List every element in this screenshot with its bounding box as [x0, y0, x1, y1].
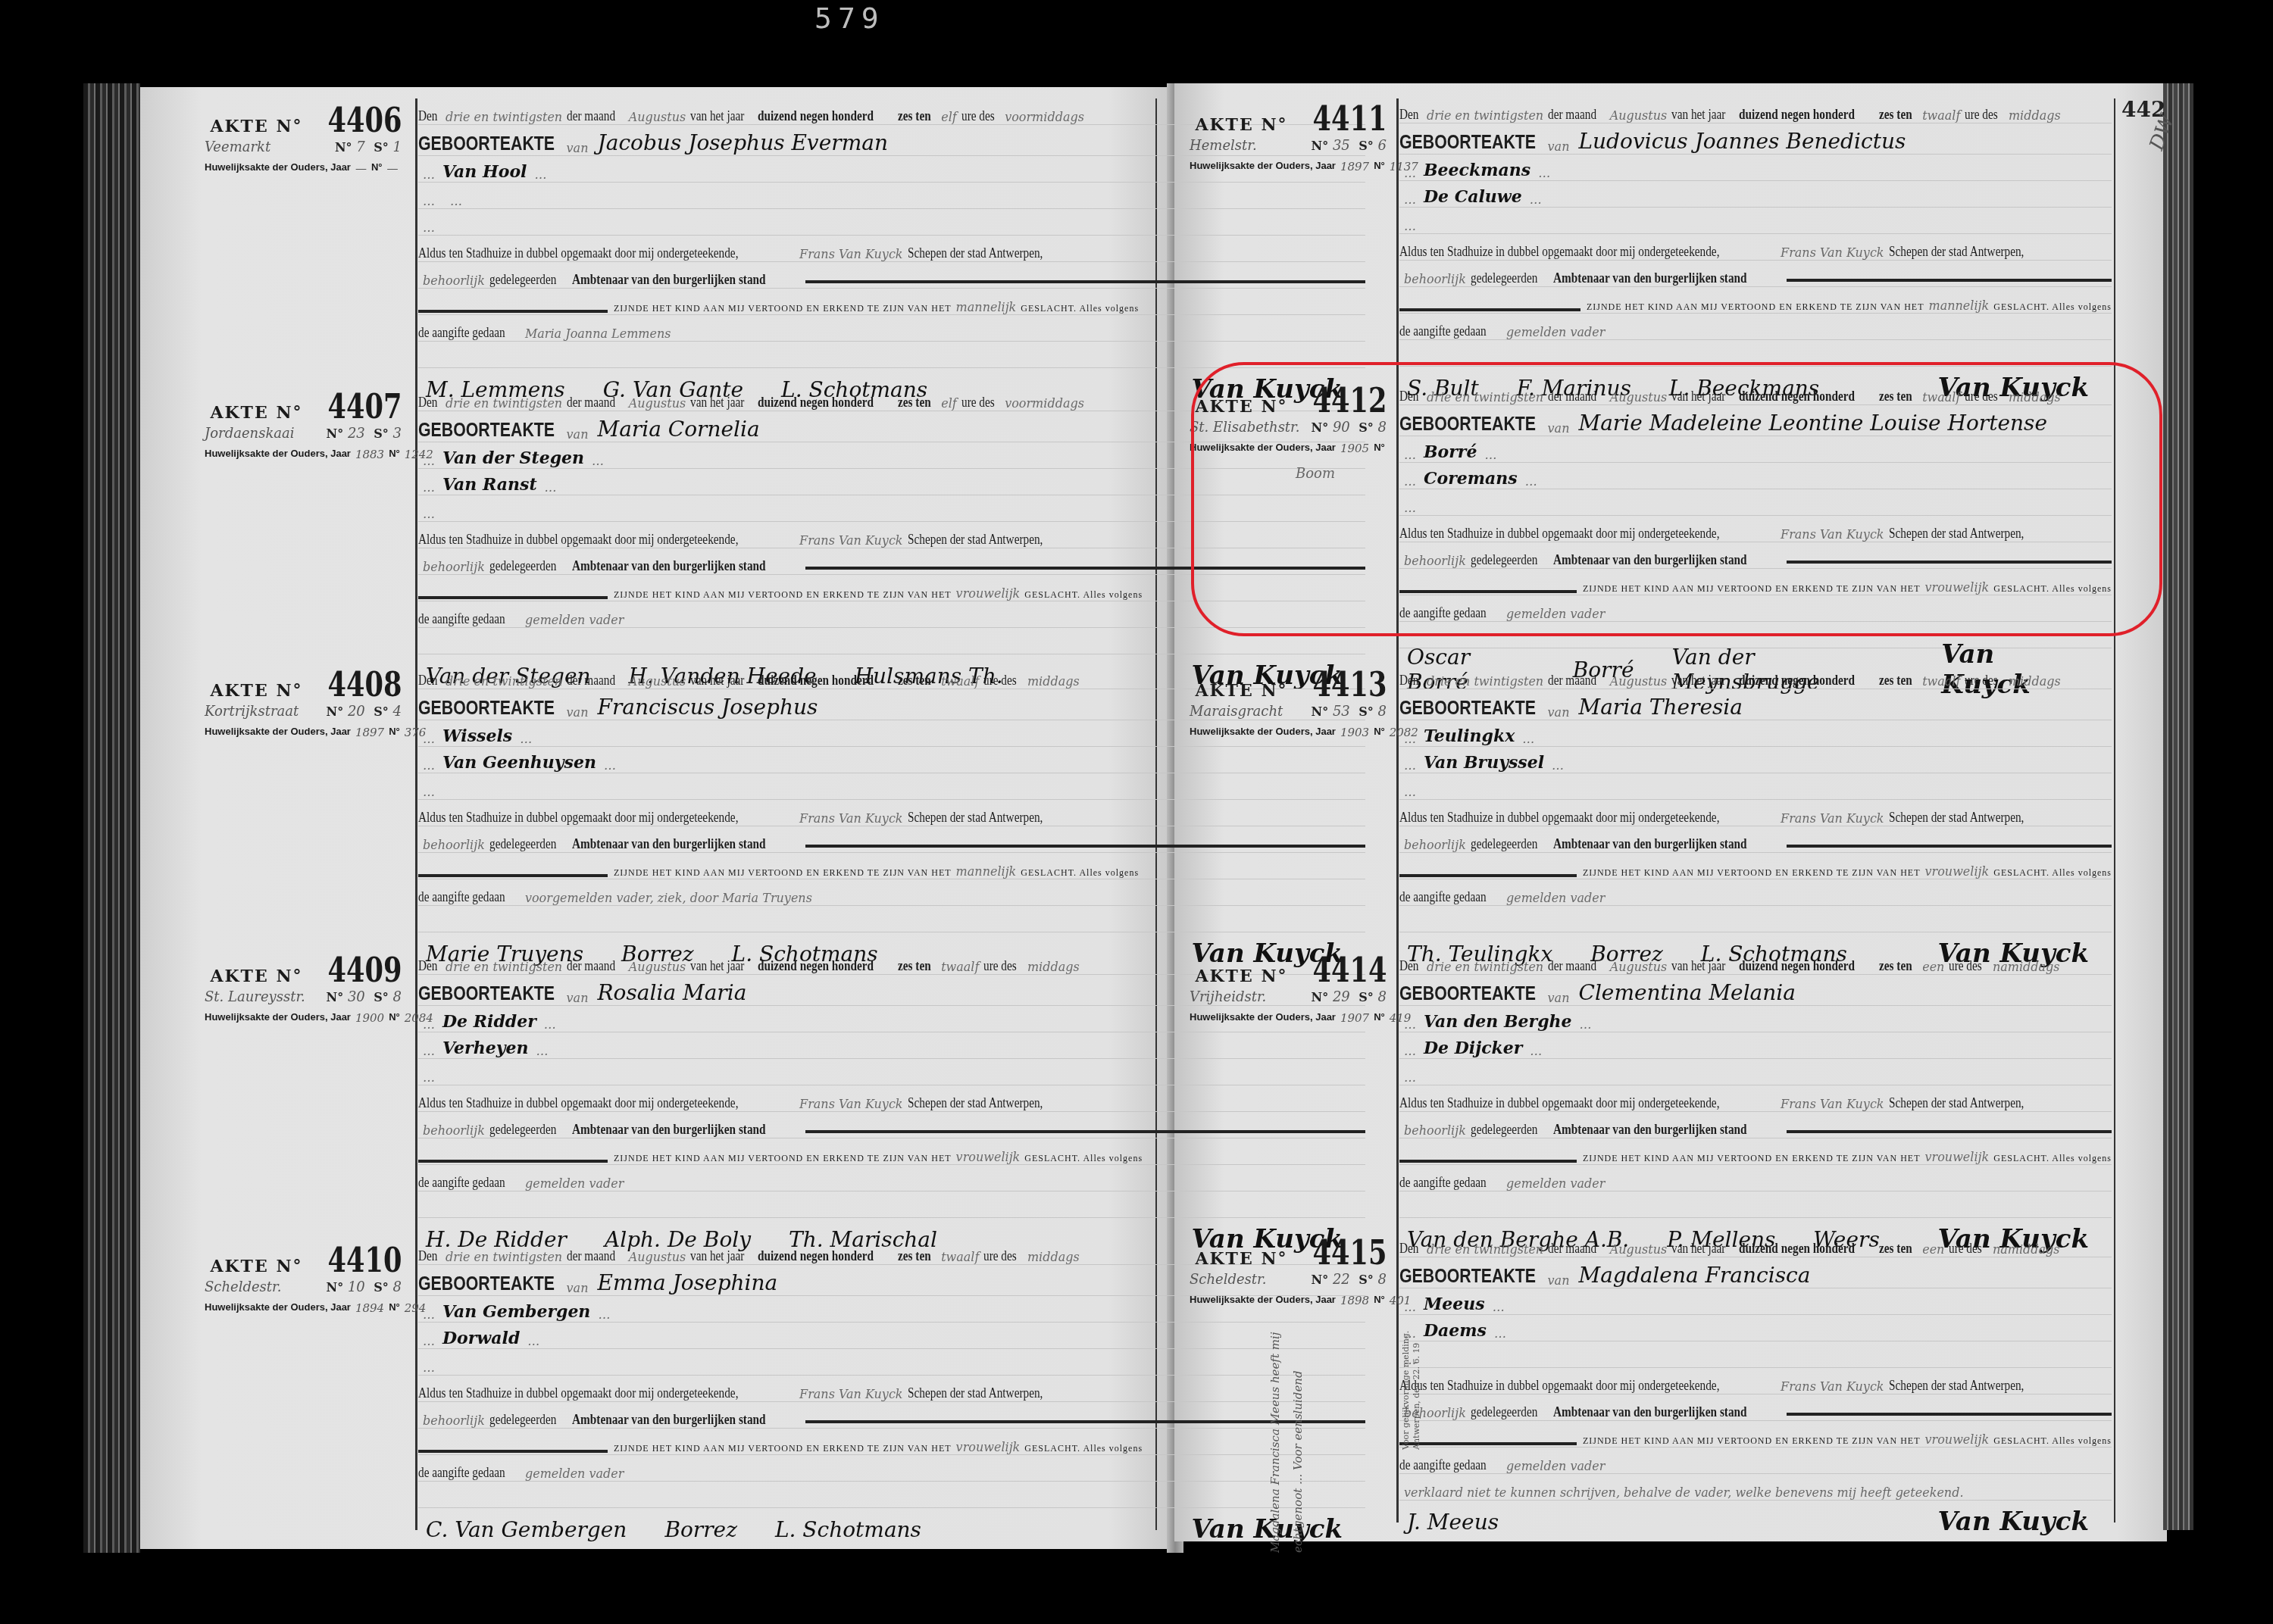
declarant: gemelden vader — [1506, 607, 1605, 621]
address-line: Hemelstr. N° 35 S° 6 — [1190, 138, 1387, 154]
day: drie en twintigsten — [446, 1250, 562, 1264]
akte-header: AKTE N° 4406 Veemarkt N° 7 S° 1 Huwelijk… — [205, 106, 402, 186]
mother-line: …Van Bruyssel… — [1399, 747, 2112, 773]
akte-header: AKTE N° 4414 Vrijheidstr. N° 29 S° 8 Huw… — [1190, 956, 1387, 1035]
child-line: GEBOORTEAKTE van Maria Theresia — [1399, 689, 2112, 720]
declaration-continued — [418, 628, 1365, 654]
vertical-note-stamp: Voor gelijkvormige melding. Antwerpen, d… — [1401, 1298, 1422, 1450]
date-line: Den drie en twintigsten der maand August… — [1399, 1231, 2112, 1257]
gender-line: ZIJNDE HET KIND AAN MIJ VERTOOND EN ERKE… — [418, 853, 1365, 879]
marriage-reference: Huwelijksakte der Ouders, Jaar 1907 N° 4… — [1190, 1011, 1387, 1025]
schepen-name: Frans Van Kuyck — [1781, 527, 1884, 542]
mother-line: …Coremans… — [1399, 463, 2112, 489]
hour: elf — [941, 396, 957, 411]
address-line: Kortrijkstraat N° 20 S° 4 — [205, 704, 402, 720]
address-line: Maraisgracht N° 53 S° 8 — [1190, 704, 1387, 720]
margin-note: Boom — [1190, 466, 1387, 482]
gender-line: ZIJNDE HET KIND AAN MIJ VERTOOND EN ERKE… — [418, 575, 1365, 601]
vertical-note-text: Magdalena Francisca Meeus heeft mij echt… — [1264, 1265, 1309, 1553]
house-number: 29 — [1333, 989, 1350, 1005]
record-body: Den drie en twintigsten der maand August… — [1399, 379, 2112, 691]
father-surname: De Ridder — [442, 1012, 536, 1032]
declaration-line: de aangifte gedaan gemelden vader — [418, 1165, 1365, 1191]
declaration-line: de aangifte gedaan gemelden vader — [1399, 879, 2112, 906]
gender: mannelijk — [1929, 298, 1990, 313]
marriage-reference: Huwelijksakte der Ouders, Jaar 1883 N° 1… — [205, 448, 402, 461]
column-rule-right — [1396, 98, 1399, 1522]
section: 8 — [1378, 420, 1387, 436]
gender: vrouwelijk — [1925, 580, 1990, 595]
child-name: Maria Theresia — [1578, 695, 1743, 720]
month: Augustus — [629, 396, 686, 411]
house-number: 23 — [348, 426, 365, 442]
witness-line: … — [1399, 773, 2112, 800]
hour: twaalf — [941, 1250, 979, 1264]
house-number: 7 — [356, 139, 364, 155]
official-signature: Van Kuyck — [1938, 1507, 2089, 1537]
akte-header: AKTE N° 4409 St. Laureysstr. N° 30 S° 8 … — [205, 956, 402, 1035]
house-number: 20 — [348, 704, 365, 720]
father-surname: Van den Berghe — [1424, 1012, 1572, 1032]
akte-label: AKTE N° — [210, 967, 302, 986]
gender: vrouwelijk — [956, 586, 1021, 601]
akte-number: 4411 — [1312, 105, 1387, 135]
daypart: namiddags — [1993, 1242, 2060, 1257]
address-line: St. Laureysstr. N° 30 S° 8 — [205, 989, 402, 1005]
akte-label: AKTE N° — [210, 681, 302, 701]
marriage-reference: Huwelijksakte der Ouders, Jaar 1894 N° 2… — [205, 1301, 402, 1315]
gender-line: ZIJNDE HET KIND AAN MIJ VERTOOND EN ERKE… — [1399, 287, 2112, 314]
gender-line: ZIJNDE HET KIND AAN MIJ VERTOOND EN ERKE… — [418, 289, 1365, 315]
daypart: middags — [1027, 960, 1080, 974]
mother-surname: Coremans — [1424, 469, 1518, 489]
address: Scheldestr. — [205, 1279, 281, 1295]
declaration-line: de aangifte gedaan gemelden vader — [1399, 595, 2112, 622]
gender: vrouwelijk — [1925, 1432, 1990, 1447]
akte-number: 4408 — [327, 670, 402, 701]
declaration-line: de aangifte gedaan gemelden vader — [418, 601, 1365, 628]
witness-line: … — [418, 1059, 1365, 1085]
ambtenaar-line: behoorlijk gedelegeerden Ambtenaar van d… — [1399, 1394, 2112, 1421]
declarant: gemelden vader — [1506, 1176, 1605, 1191]
declaration-continued: verklaard niet te kunnen schrijven, beha… — [1399, 1474, 2112, 1501]
house-number: 30 — [348, 989, 365, 1005]
gender: vrouwelijk — [1925, 1150, 1990, 1164]
marginal-vertical-note: Magdalena Francisca Meeus heeft mij echt… — [1203, 1257, 1393, 1545]
declaration-continued — [1399, 340, 2112, 367]
month: Augustus — [629, 110, 686, 124]
hour: twaalf — [941, 960, 979, 974]
record-body: Den drie en twintigsten der maand August… — [1399, 948, 2112, 1260]
marriage-year: 1907 — [1340, 1011, 1369, 1025]
mother-line: …Verheyen… — [418, 1032, 1365, 1059]
aldus-line: Aldus ten Stadhuize in dubbel opgemaakt … — [418, 236, 1365, 262]
daypart: middags — [2009, 108, 2061, 123]
hour: twaalf — [941, 674, 979, 689]
ambtenaar-line: behoorlijk gedelegeerden Ambtenaar van d… — [1399, 261, 2112, 287]
mother-surname: Van Geenhuysen — [442, 753, 596, 773]
day: drie en twintigsten — [446, 110, 562, 124]
father-surname: Meeus — [1424, 1295, 1485, 1314]
section: 8 — [393, 1279, 402, 1295]
father-surname: Wissels — [442, 726, 512, 746]
day: drie en twintigsten — [1427, 390, 1543, 404]
signature: L. Schotmans — [775, 1517, 921, 1542]
geboorteakte-label: GEBOORTEAKTE — [1399, 696, 1536, 720]
hour: een — [1922, 1242, 1944, 1257]
section: 1 — [393, 139, 402, 155]
address-line: Jordaenskaai N° 23 S° 3 — [205, 426, 402, 442]
gender-line: ZIJNDE HET KIND AAN MIJ VERTOOND EN ERKE… — [418, 1138, 1365, 1165]
marriage-year: 1883 — [355, 448, 384, 461]
witness-line: … — [418, 209, 1365, 236]
address-line: Scheldestr. N° 10 S° 8 — [205, 1279, 402, 1295]
date-line: Den drie en twintigsten der maand August… — [1399, 97, 2112, 123]
address: Kortrijkstraat — [205, 704, 299, 720]
child-name: Rosalia Maria — [597, 980, 746, 1005]
aldus-line: Aldus ten Stadhuize in dubbel opgemaakt … — [1399, 800, 2112, 826]
aldus-line: Aldus ten Stadhuize in dubbel opgemaakt … — [418, 1085, 1365, 1112]
witness-line: … — [1399, 208, 2112, 234]
day: drie en twintigsten — [1427, 1242, 1543, 1257]
gender: mannelijk — [956, 300, 1017, 314]
section: 8 — [393, 989, 402, 1005]
declaration-continued — [1399, 906, 2112, 932]
mother-line: …… — [418, 183, 1365, 209]
aldus-line: Aldus ten Stadhuize in dubbel opgemaakt … — [418, 800, 1365, 826]
mother-surname: Daems — [1424, 1321, 1487, 1341]
mother-line: …De Dijcker… — [1399, 1032, 2112, 1059]
marriage-year: 1894 — [355, 1301, 384, 1315]
hour: twaalf — [1922, 108, 1960, 123]
schepen-name: Frans Van Kuyck — [1781, 245, 1884, 260]
father-surname: Teulingkx — [1424, 726, 1515, 746]
address-line: St. Elisabethstr. N° 90 S° 8 — [1190, 420, 1387, 436]
marriage-reference: Huwelijksakte der Ouders, Jaar 1905 N° — [1190, 442, 1387, 455]
marriage-year: 1903 — [1340, 726, 1369, 739]
witness-line: … — [1399, 1059, 2112, 1085]
akte-header: AKTE N° 4408 Kortrijkstraat N° 20 S° 4 H… — [205, 670, 402, 750]
akte-number: 4410 — [327, 1246, 402, 1276]
day: drie en twintigsten — [446, 960, 562, 974]
declaration-line: de aangifte gedaan gemelden vader — [1399, 1448, 2112, 1474]
mother-surname: De Dijcker — [1424, 1038, 1522, 1058]
address-line: Vrijheidstr. N° 29 S° 8 — [1190, 989, 1387, 1005]
akte-number: 4409 — [327, 956, 402, 986]
child-line: GEBOORTEAKTE van Marie Madeleine Leontin… — [1399, 405, 2112, 436]
father-line: …Van den Berghe… — [1399, 1006, 2112, 1032]
akte-number: 4414 — [1312, 956, 1387, 986]
schepen-name: Frans Van Kuyck — [799, 1097, 903, 1111]
marriage-reference: Huwelijksakte der Ouders, Jaar 1900 N° 2… — [205, 1011, 402, 1025]
section: 4 — [393, 704, 402, 720]
declarant: gemelden vader — [525, 1466, 624, 1481]
gender: vrouwelijk — [1925, 864, 1990, 879]
declaration-continued — [1399, 1191, 2112, 1218]
akte-header: AKTE N° 4410 Scheldestr. N° 10 S° 8 Huwe… — [205, 1246, 402, 1326]
day: drie en twintigsten — [1427, 960, 1543, 974]
father-line: …Beeckmans… — [1399, 155, 2112, 181]
mother-surname: Verheyen — [442, 1038, 528, 1058]
father-surname: Beeckmans — [1424, 161, 1530, 180]
marriage-number: — — [387, 161, 399, 175]
house-number: 53 — [1333, 704, 1350, 720]
marriage-year: 1897 — [355, 726, 384, 739]
day: drie en twintigsten — [446, 674, 562, 689]
daypart: middags — [2009, 390, 2061, 404]
declaration-line: de aangifte gedaan Maria Joanna Lemmens — [418, 315, 1365, 342]
gender: vrouwelijk — [956, 1150, 1021, 1164]
child-name: Franciscus Josephus — [597, 695, 818, 720]
marriage-reference: Huwelijksakte der Ouders, Jaar 1903 N° 2… — [1190, 726, 1387, 739]
declarant: gemelden vader — [1506, 891, 1605, 905]
akte-label: AKTE N° — [1195, 967, 1287, 986]
hour: een — [1922, 960, 1944, 974]
date-line: Den drie en twintigsten der maand August… — [1399, 948, 2112, 975]
aldus-line: Aldus ten Stadhuize in dubbel opgemaakt … — [1399, 234, 2112, 261]
akte-number: 4412 — [1312, 386, 1387, 417]
house-number: 90 — [1333, 420, 1350, 436]
akte-label: AKTE N° — [1195, 681, 1287, 701]
child-name: Emma Josephina — [597, 1270, 777, 1295]
child-line: GEBOORTEAKTE van Magdalena Francisca — [1399, 1257, 2112, 1288]
akte-label: AKTE N° — [210, 117, 302, 136]
hour: twaalf — [1922, 390, 1960, 404]
schepen-name: Frans Van Kuyck — [799, 247, 903, 261]
daypart: middags — [1027, 674, 1080, 689]
section: 6 — [1378, 138, 1387, 154]
date-line: Den drie en twintigsten der maand August… — [1399, 379, 2112, 405]
akte-label: AKTE N° — [210, 403, 302, 423]
geboorteakte-label: GEBOORTEAKTE — [418, 696, 555, 720]
date-line: Den drie en twintigsten der maand August… — [1399, 663, 2112, 689]
declarant: gemelden vader — [1506, 1459, 1605, 1473]
akte-header: AKTE N° 4411 Hemelstr. N° 35 S° 6 Huweli… — [1190, 105, 1387, 184]
father-surname: Van der Stegen — [442, 448, 584, 468]
akte-header: AKTE N° 4413 Maraisgracht N° 53 S° 8 Huw… — [1190, 670, 1387, 750]
marriage-year: 1897 — [1340, 160, 1369, 173]
ambtenaar-line: behoorlijk gedelegeerden Ambtenaar van d… — [418, 262, 1365, 289]
declarant: Maria Joanna Lemmens — [525, 326, 671, 341]
child-name: Jacobus Josephus Everman — [597, 130, 887, 155]
akte-number: 4406 — [327, 106, 402, 136]
house-number: 10 — [348, 1279, 365, 1295]
record-body: Den drie en twintigsten der maand August… — [1399, 97, 2112, 409]
child-line: GEBOORTEAKTE van Ludovicus Joannes Bened… — [1399, 123, 2112, 155]
declaration-line: de aangifte gedaan voorgemelden vader, z… — [418, 879, 1365, 906]
akte-label: AKTE N° — [1195, 115, 1287, 135]
marriage-reference: Huwelijksakte der Ouders, Jaar — N° — — [205, 161, 402, 175]
daypart: voormiddags — [1005, 110, 1084, 124]
declaration-continued — [418, 342, 1365, 368]
father-line: …Borré… — [1399, 436, 2112, 463]
gender-line: ZIJNDE HET KIND AAN MIJ VERTOOND EN ERKE… — [1399, 1421, 2112, 1448]
child-name: Marie Madeleine Leontine Louise Hortense — [1578, 411, 2047, 436]
address: Hemelstr. — [1190, 138, 1257, 154]
address-line: Veemarkt N° 7 S° 1 — [205, 139, 402, 155]
month: Augustus — [1610, 108, 1668, 123]
daypart: middags — [2009, 674, 2061, 689]
declaration-continued — [418, 1191, 1365, 1218]
declarant: voorgemelden vader, ziek, door Maria Tru… — [525, 891, 812, 905]
record-body: Den drie en twintigsten der maand August… — [1399, 663, 2112, 975]
book-page-edges-right — [2163, 83, 2193, 1530]
day: drie en twintigsten — [1427, 108, 1543, 123]
ambtenaar-line: behoorlijk gedelegeerden Ambtenaar van d… — [418, 548, 1365, 575]
signature: C. Van Gembergen — [426, 1517, 627, 1542]
mother-surname: De Caluwe — [1424, 187, 1522, 207]
geboorteakte-label: GEBOORTEAKTE — [1399, 982, 1536, 1005]
father-surname: Van Gembergen — [442, 1302, 590, 1322]
aldus-line: Aldus ten Stadhuize in dubbel opgemaakt … — [418, 522, 1365, 548]
mother-surname: Dorwald — [442, 1329, 520, 1348]
signature: Borrez — [664, 1517, 737, 1542]
ambtenaar-line: behoorlijk gedelegeerden Ambtenaar van d… — [1399, 1112, 2112, 1138]
mother-line: …De Caluwe… — [1399, 181, 2112, 208]
month: Augustus — [1610, 390, 1668, 404]
frame-counter: 579 — [814, 2, 885, 35]
declaration-line: de aangifte gedaan gemelden vader — [1399, 314, 2112, 340]
aldus-line: Aldus ten Stadhuize in dubbel opgemaakt … — [1399, 516, 2112, 542]
mother-line: …Van Geenhuysen… — [418, 747, 1365, 773]
month: Augustus — [629, 1250, 686, 1264]
gender: mannelijk — [956, 864, 1017, 879]
geboorteakte-label: GEBOORTEAKTE — [418, 418, 555, 442]
section: 8 — [1378, 989, 1387, 1005]
declaration-continued — [418, 906, 1365, 932]
month: Augustus — [629, 674, 686, 689]
schepen-name: Frans Van Kuyck — [1781, 1379, 1884, 1394]
child-name: Maria Cornelia — [597, 417, 759, 442]
declarant: gemelden vader — [1506, 325, 1605, 339]
witness-line: … — [1399, 1341, 2112, 1368]
section: 3 — [393, 426, 402, 442]
geboorteakte-label: GEBOORTEAKTE — [1399, 1264, 1536, 1288]
marriage-year: 1905 — [1340, 442, 1369, 455]
gender-line: ZIJNDE HET KIND AAN MIJ VERTOOND EN ERKE… — [1399, 853, 2112, 879]
father-line: …Teulingkx… — [1399, 720, 2112, 747]
geboorteakte-label: GEBOORTEAKTE — [418, 1272, 555, 1295]
gender-line: ZIJNDE HET KIND AAN MIJ VERTOOND EN ERKE… — [1399, 569, 2112, 595]
hour: twaalf — [1922, 674, 1960, 689]
month: Augustus — [1610, 1242, 1668, 1257]
witness-line: … — [418, 773, 1365, 800]
record-body: Den drie en twintigsten der maand August… — [1399, 1231, 2112, 1543]
schepen-name: Frans Van Kuyck — [1781, 811, 1884, 826]
signature-row: J. Meeus Van Kuyck — [1399, 1501, 2112, 1543]
mother-line: …Daems… — [1399, 1315, 2112, 1341]
schepen-name: Frans Van Kuyck — [799, 1387, 903, 1401]
marriage-year: 1900 — [355, 1011, 384, 1025]
akte-number: 4407 — [327, 392, 402, 423]
ambtenaar-line: behoorlijk gedelegeerden Ambtenaar van d… — [1399, 826, 2112, 853]
mother-surname: Van Bruyssel — [1424, 753, 1544, 773]
ambtenaar-line: behoorlijk gedelegeerden Ambtenaar van d… — [418, 826, 1365, 853]
father-line: …Meeus… — [1399, 1288, 2112, 1315]
address: Jordaenskaai — [205, 426, 295, 442]
page-border-right — [2114, 98, 2115, 1522]
address: St. Elisabethstr. — [1190, 420, 1299, 436]
address: Maraisgracht — [1190, 704, 1283, 720]
signature: J. Meeus — [1407, 1510, 1499, 1535]
child-name: Magdalena Francisca — [1578, 1263, 1810, 1288]
month: Augustus — [1610, 960, 1668, 974]
gender: vrouwelijk — [956, 1440, 1021, 1454]
aldus-line: Aldus ten Stadhuize in dubbel opgemaakt … — [1399, 1085, 2112, 1112]
akte-number: 4413 — [1312, 670, 1387, 701]
child-line: GEBOORTEAKTE van Clementina Melania — [1399, 975, 2112, 1006]
daypart: middags — [1027, 1250, 1080, 1264]
column-rule-left — [415, 98, 417, 1530]
section: 8 — [1378, 704, 1387, 720]
hour: elf — [941, 110, 957, 124]
daypart: voormiddags — [1005, 396, 1084, 411]
schepen-name: Frans Van Kuyck — [799, 811, 903, 826]
schepen-name: Frans Van Kuyck — [1781, 1097, 1884, 1111]
ambtenaar-line: behoorlijk gedelegeerden Ambtenaar van d… — [418, 1112, 1365, 1138]
geboorteakte-label: GEBOORTEAKTE — [418, 132, 555, 155]
aldus-line: Aldus ten Stadhuize in dubbel opgemaakt … — [1399, 1368, 2112, 1394]
akte-header: AKTE N° 4407 Jordaenskaai N° 23 S° 3 Huw… — [205, 392, 402, 472]
akte-header: AKTE N° 4412 St. Elisabethstr. N° 90 S° … — [1190, 386, 1387, 482]
day: drie en twintigsten — [446, 396, 562, 411]
marriage-reference: Huwelijksakte der Ouders, Jaar 1897 N° 1… — [1190, 160, 1387, 173]
witness-line: … — [418, 495, 1365, 522]
gender-line: ZIJNDE HET KIND AAN MIJ VERTOOND EN ERKE… — [1399, 1138, 2112, 1165]
declarant: gemelden vader — [525, 1176, 624, 1191]
schepen-name: Frans Van Kuyck — [799, 533, 903, 548]
child-name: Ludovicus Joannes Benedictus — [1578, 129, 1906, 154]
address: Veemarkt — [205, 139, 270, 155]
witness-line: … — [1399, 489, 2112, 516]
house-number: 35 — [1333, 138, 1350, 154]
day: drie en twintigsten — [1427, 674, 1543, 689]
month: Augustus — [629, 960, 686, 974]
akte-label: AKTE N° — [1195, 397, 1287, 417]
declaration-line: de aangifte gedaan gemelden vader — [1399, 1165, 2112, 1191]
geboorteakte-label: GEBOORTEAKTE — [1399, 130, 1536, 154]
marriage-year: — — [355, 161, 367, 175]
declarant: gemelden vader — [525, 613, 624, 627]
geboorteakte-label: GEBOORTEAKTE — [1399, 412, 1536, 436]
father-surname: Borré — [1424, 442, 1477, 462]
daypart: namiddags — [1993, 960, 2060, 974]
father-surname: Van Hool — [442, 162, 527, 182]
geboorteakte-label: GEBOORTEAKTE — [418, 982, 555, 1005]
marriage-reference: Huwelijksakte der Ouders, Jaar 1897 N° 3… — [205, 726, 402, 739]
month: Augustus — [1610, 674, 1668, 689]
address: Vrijheidstr. — [1190, 989, 1266, 1005]
ambtenaar-line: behoorlijk gedelegeerden Ambtenaar van d… — [1399, 542, 2112, 569]
akte-label: AKTE N° — [210, 1257, 302, 1276]
mother-surname: Van Ranst — [442, 475, 537, 495]
child-name: Clementina Melania — [1578, 980, 1796, 1005]
book-page-edges-left — [83, 83, 140, 1553]
address: St. Laureysstr. — [205, 989, 305, 1005]
